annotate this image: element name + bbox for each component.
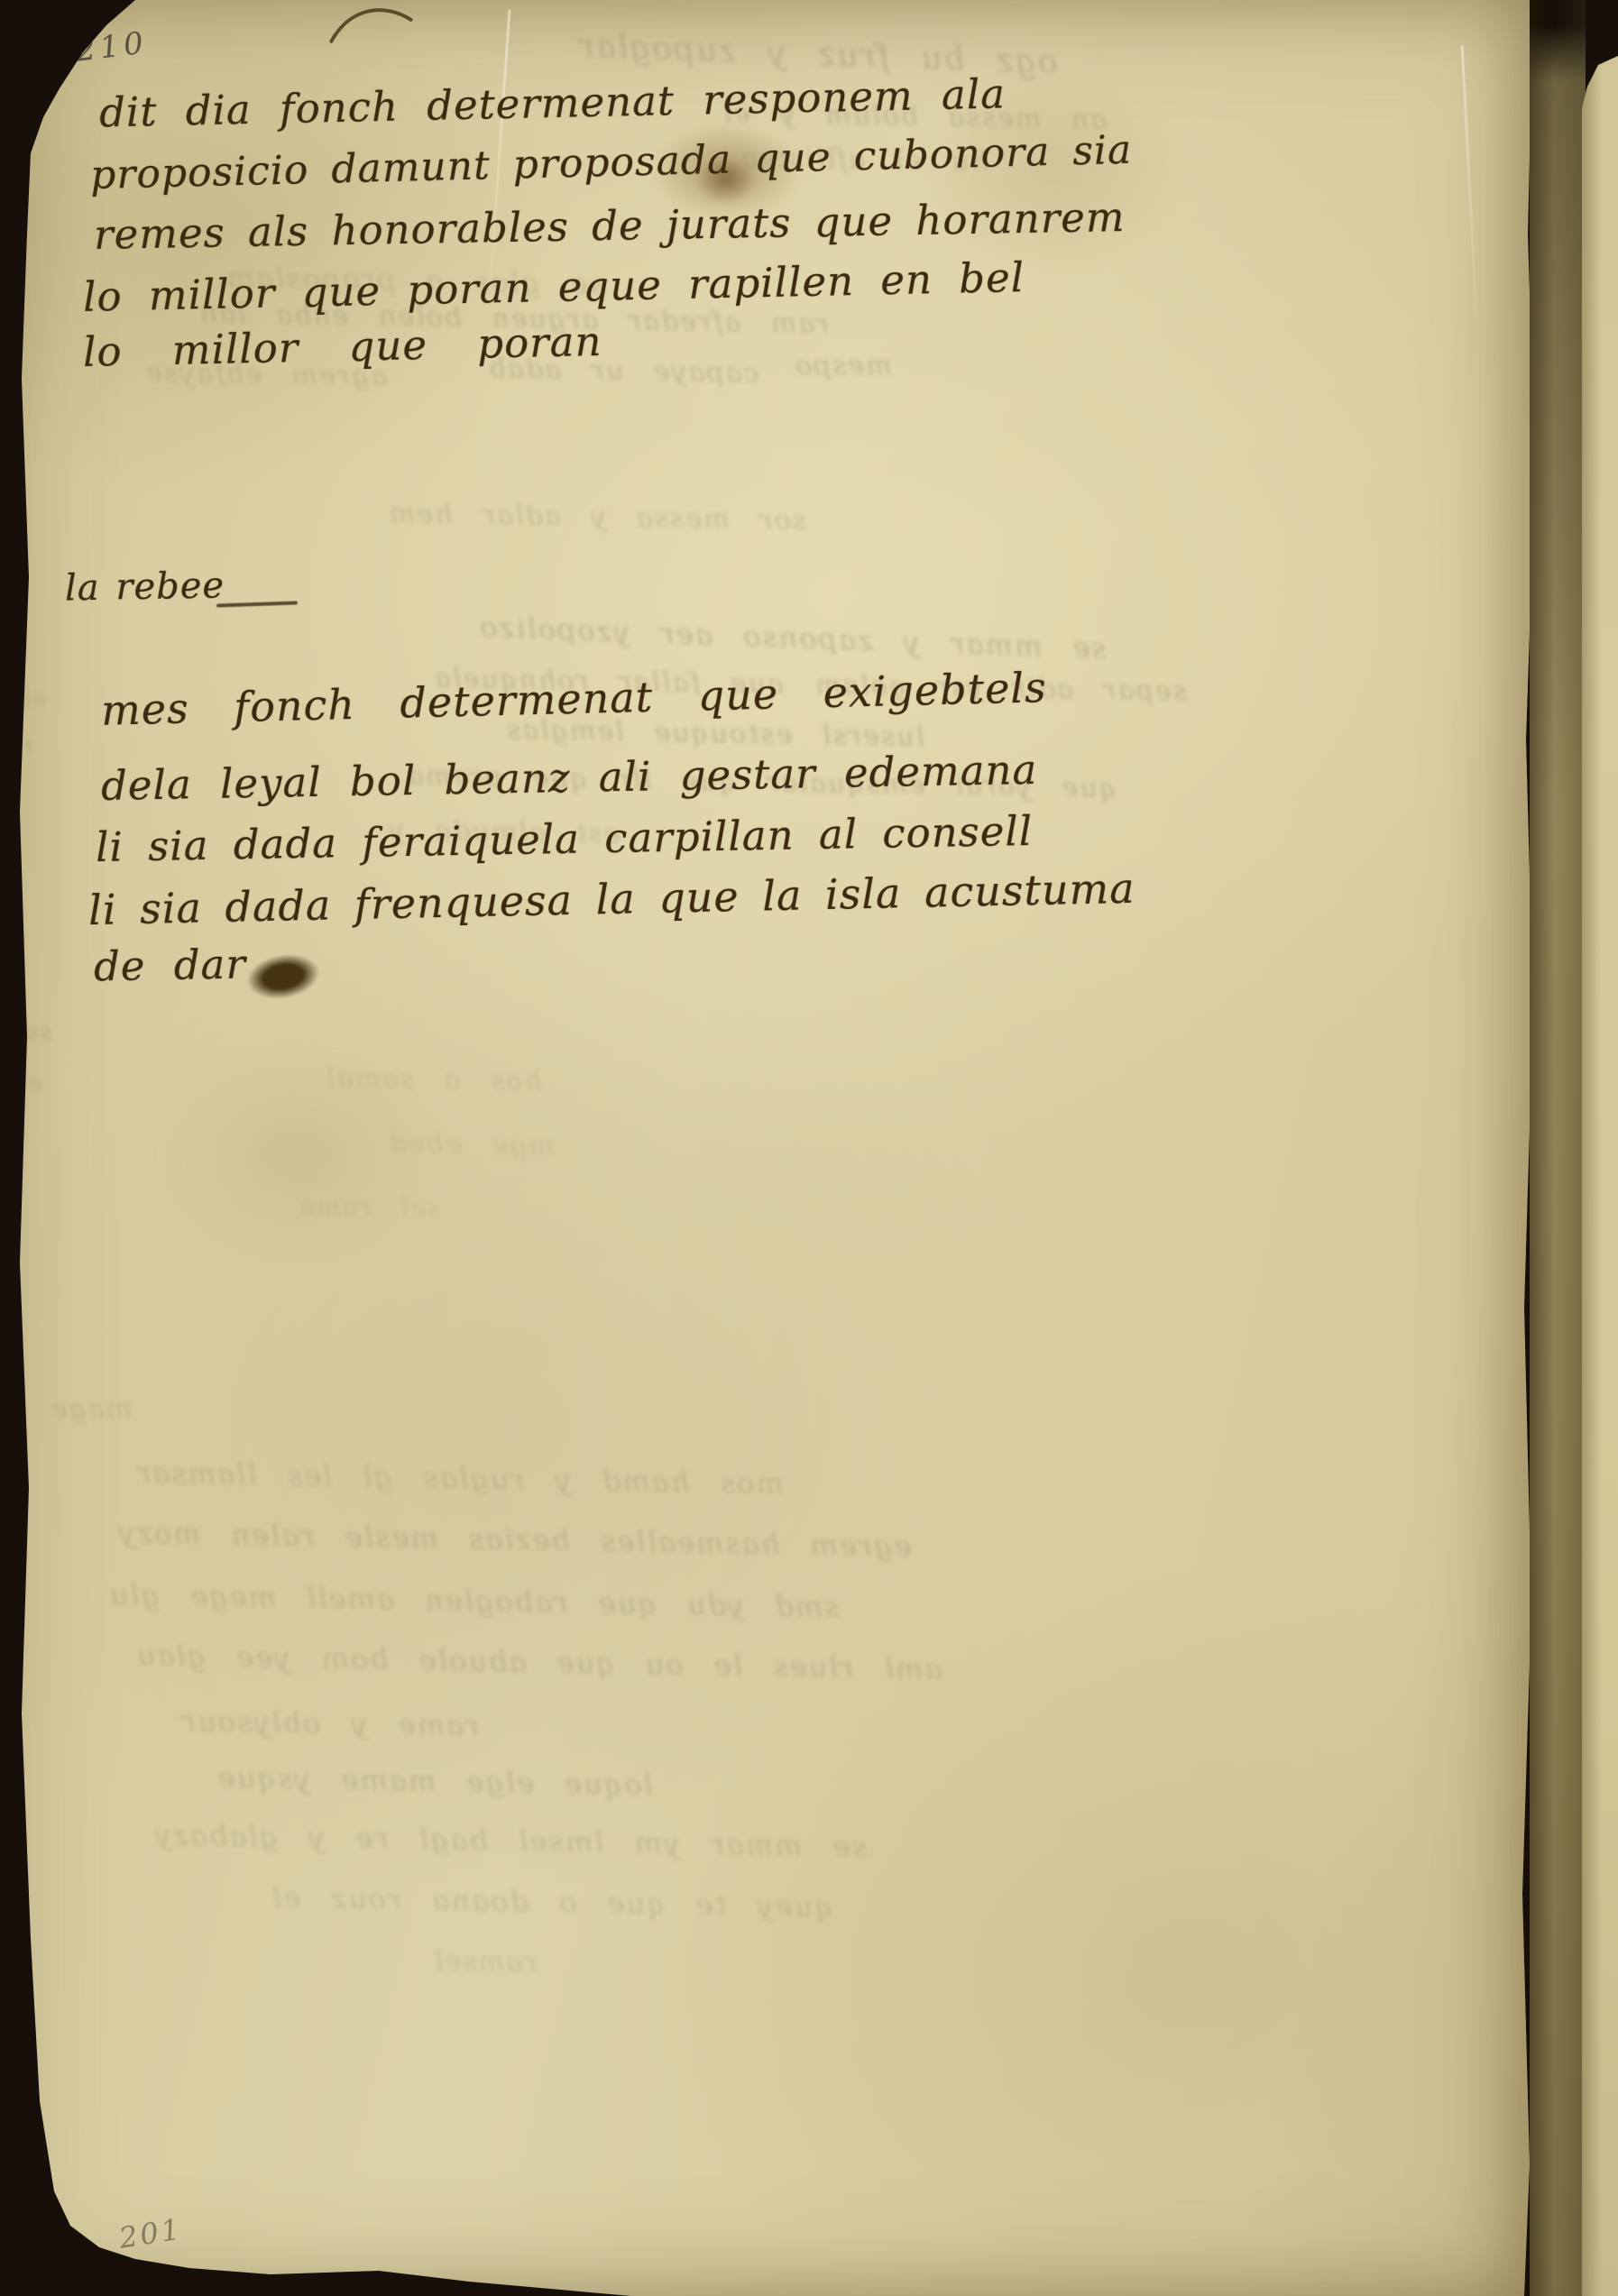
manuscript-line: dit dia fonch determenat responem ala — [99, 69, 1007, 136]
bleed-through-line: mespo — [794, 350, 892, 381]
bleed-through-line: loque elge mame ysque — [216, 1760, 653, 1802]
bleed-through-line: se mmar ym lmsel bagl re y glabazy — [153, 1817, 868, 1864]
stray-ink-mark — [319, 0, 425, 60]
bleed-through-line: ry — [5, 732, 33, 759]
bleed-through-line: smd ydu que raboglen amell mege glu — [108, 1577, 840, 1624]
bleed-through-line: sor messa y adlar hem — [388, 498, 807, 537]
water-stain — [108, 1010, 487, 1299]
manuscript-line: lo millor que poran eque rapillen en bel — [83, 253, 1025, 321]
old-folio-number: 201 — [116, 2212, 184, 2255]
bleed-through-line: hos a samal — [325, 1062, 543, 1097]
manuscript-line: remes als honorables de jurats que horan… — [94, 193, 1126, 259]
margin-note-flourish — [216, 601, 298, 607]
bleed-through-line: quey te que o doana rouz el — [271, 1880, 834, 1924]
manuscript-line: lo millor que poran — [83, 317, 602, 376]
margin-note: la rebee — [65, 565, 225, 609]
bleed-through-line: sel rama — [298, 1191, 441, 1224]
ink-blot — [232, 941, 334, 1012]
paper-crease — [1461, 45, 1479, 334]
folio-number: 210 — [74, 24, 150, 69]
bleed-through-line: els — [7, 685, 46, 712]
bleed-through-line: mge ebed — [388, 1127, 555, 1162]
manuscript-line: proposicio damunt proposada que cubonora… — [90, 127, 1133, 198]
manuscript-photo: ogz bu fruz y zupoglaran messa bolum y e… — [0, 0, 1618, 2296]
manuscript-line: mes fonch determenat que exigebtels — [100, 663, 1047, 735]
bleed-through-line: rame y oblysour — [180, 1704, 480, 1743]
bleed-through-line: egrem hasmealles bezias mesle ralen mozy — [117, 1515, 912, 1563]
manuscript-page: ogz bu fruz y zupoglaran messa bolum y e… — [0, 0, 1535, 2296]
bleed-through-line: aml rlues le ou que abuole bom yee glau — [135, 1638, 942, 1686]
page-gutter-shadow — [1530, 0, 1586, 2296]
bleed-through-line: ell — [7, 1070, 41, 1097]
manuscript-line: de dar — [94, 941, 247, 991]
manuscript-line: dela leyal bol beanz ali gestar edemana — [101, 746, 1038, 810]
bleed-through-line: ramsel — [433, 1945, 538, 1979]
bleed-through-line: sor — [9, 1019, 51, 1046]
manuscript-line: li sia dada frenquesa la que la isla acu… — [88, 864, 1136, 934]
next-page-edge — [1582, 0, 1618, 2296]
manuscript-line: li sia dada feraiquela carpillan al cons… — [96, 807, 1034, 871]
bleed-through-line: mage — [50, 1393, 132, 1425]
bleed-through-line: se mmar y zaponso aer yzopolizo — [478, 610, 1108, 666]
bleed-through-line: mos hamd y ruglas gl les llamsar — [135, 1456, 784, 1502]
